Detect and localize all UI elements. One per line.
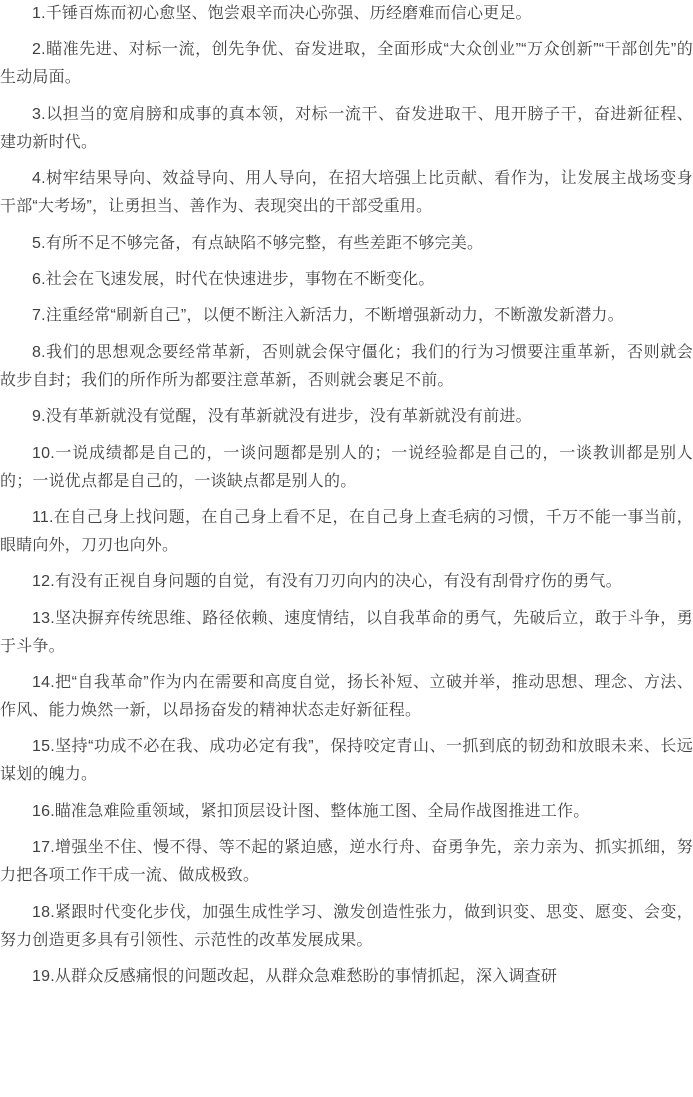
paragraph-11: 11.在自己身上找问题，在自己身上看不足，在自己身上查毛病的习惯，千万不能一事当… [0, 504, 693, 560]
paragraph-7: 7.注重经常“刷新自己”，以便不断注入新活力，不断增强新动力，不断激发新潜力。 [0, 302, 693, 330]
paragraph-1: 1.千锤百炼而初心愈坚、饱尝艰辛而决心弥强、历经磨难而信心更足。 [0, 0, 693, 28]
paragraph-12: 12.有没有正视自身问题的自觉，有没有刀刃向内的决心，有没有刮骨疗伤的勇气。 [0, 568, 693, 596]
paragraph-6: 6.社会在飞速发展，时代在快速进步，事物在不断变化。 [0, 266, 693, 294]
paragraph-17: 17.增强坐不住、慢不得、等不起的紧迫感，逆水行舟、奋勇争先，亲力亲为、抓实抓细… [0, 834, 693, 890]
paragraph-5: 5.有所不足不够完备，有点缺陷不够完整，有些差距不够完美。 [0, 230, 693, 258]
paragraph-10: 10.一说成绩都是自己的，一谈问题都是别人的；一说经验都是自己的，一谈教训都是别… [0, 440, 693, 496]
paragraph-8: 8.我们的思想观念要经常革新，否则就会保守僵化；我们的行为习惯要注重革新，否则就… [0, 339, 693, 395]
paragraph-14: 14.把“自我革命”作为内在需要和高度自觉，扬长补短、立破并举，推动思想、理念、… [0, 669, 693, 725]
paragraph-16: 16.瞄准急难险重领域，紧扣顶层设计图、整体施工图、全局作战图推进工作。 [0, 798, 693, 826]
paragraph-4: 4.树牢结果导向、效益导向、用人导向，在招大培强上比贡献、看作为，让发展主战场变… [0, 165, 693, 221]
paragraph-18: 18.紧跟时代变化步伐，加强生成性学习、激发创造性张力，做到识变、思变、愿变、会… [0, 899, 693, 955]
paragraph-9: 9.没有革新就没有觉醒，没有革新就没有进步，没有革新就没有前进。 [0, 403, 693, 431]
paragraph-2: 2.瞄准先进、对标一流，创先争优、奋发进取，全面形成“大众创业”“万众创新”“干… [0, 36, 693, 92]
paragraph-3: 3.以担当的宽肩膀和成事的真本领，对标一流干、奋发进取干、甩开膀子干，奋进新征程… [0, 101, 693, 157]
document-page: 1.千锤百炼而初心愈坚、饱尝艰辛而决心弥强、历经磨难而信心更足。 2.瞄准先进、… [0, 0, 693, 1097]
paragraph-13: 13.坚决摒弃传统思维、路径依赖、速度情结，以自我革命的勇气，先破后立，敢于斗争… [0, 605, 693, 661]
paragraph-15: 15.坚持“功成不必在我、成功必定有我”，保持咬定青山、一抓到底的韧劲和放眼未来… [0, 733, 693, 789]
paragraph-19: 19.从群众反感痛恨的问题改起，从群众急难愁盼的事情抓起，深入调查研 [0, 963, 693, 991]
